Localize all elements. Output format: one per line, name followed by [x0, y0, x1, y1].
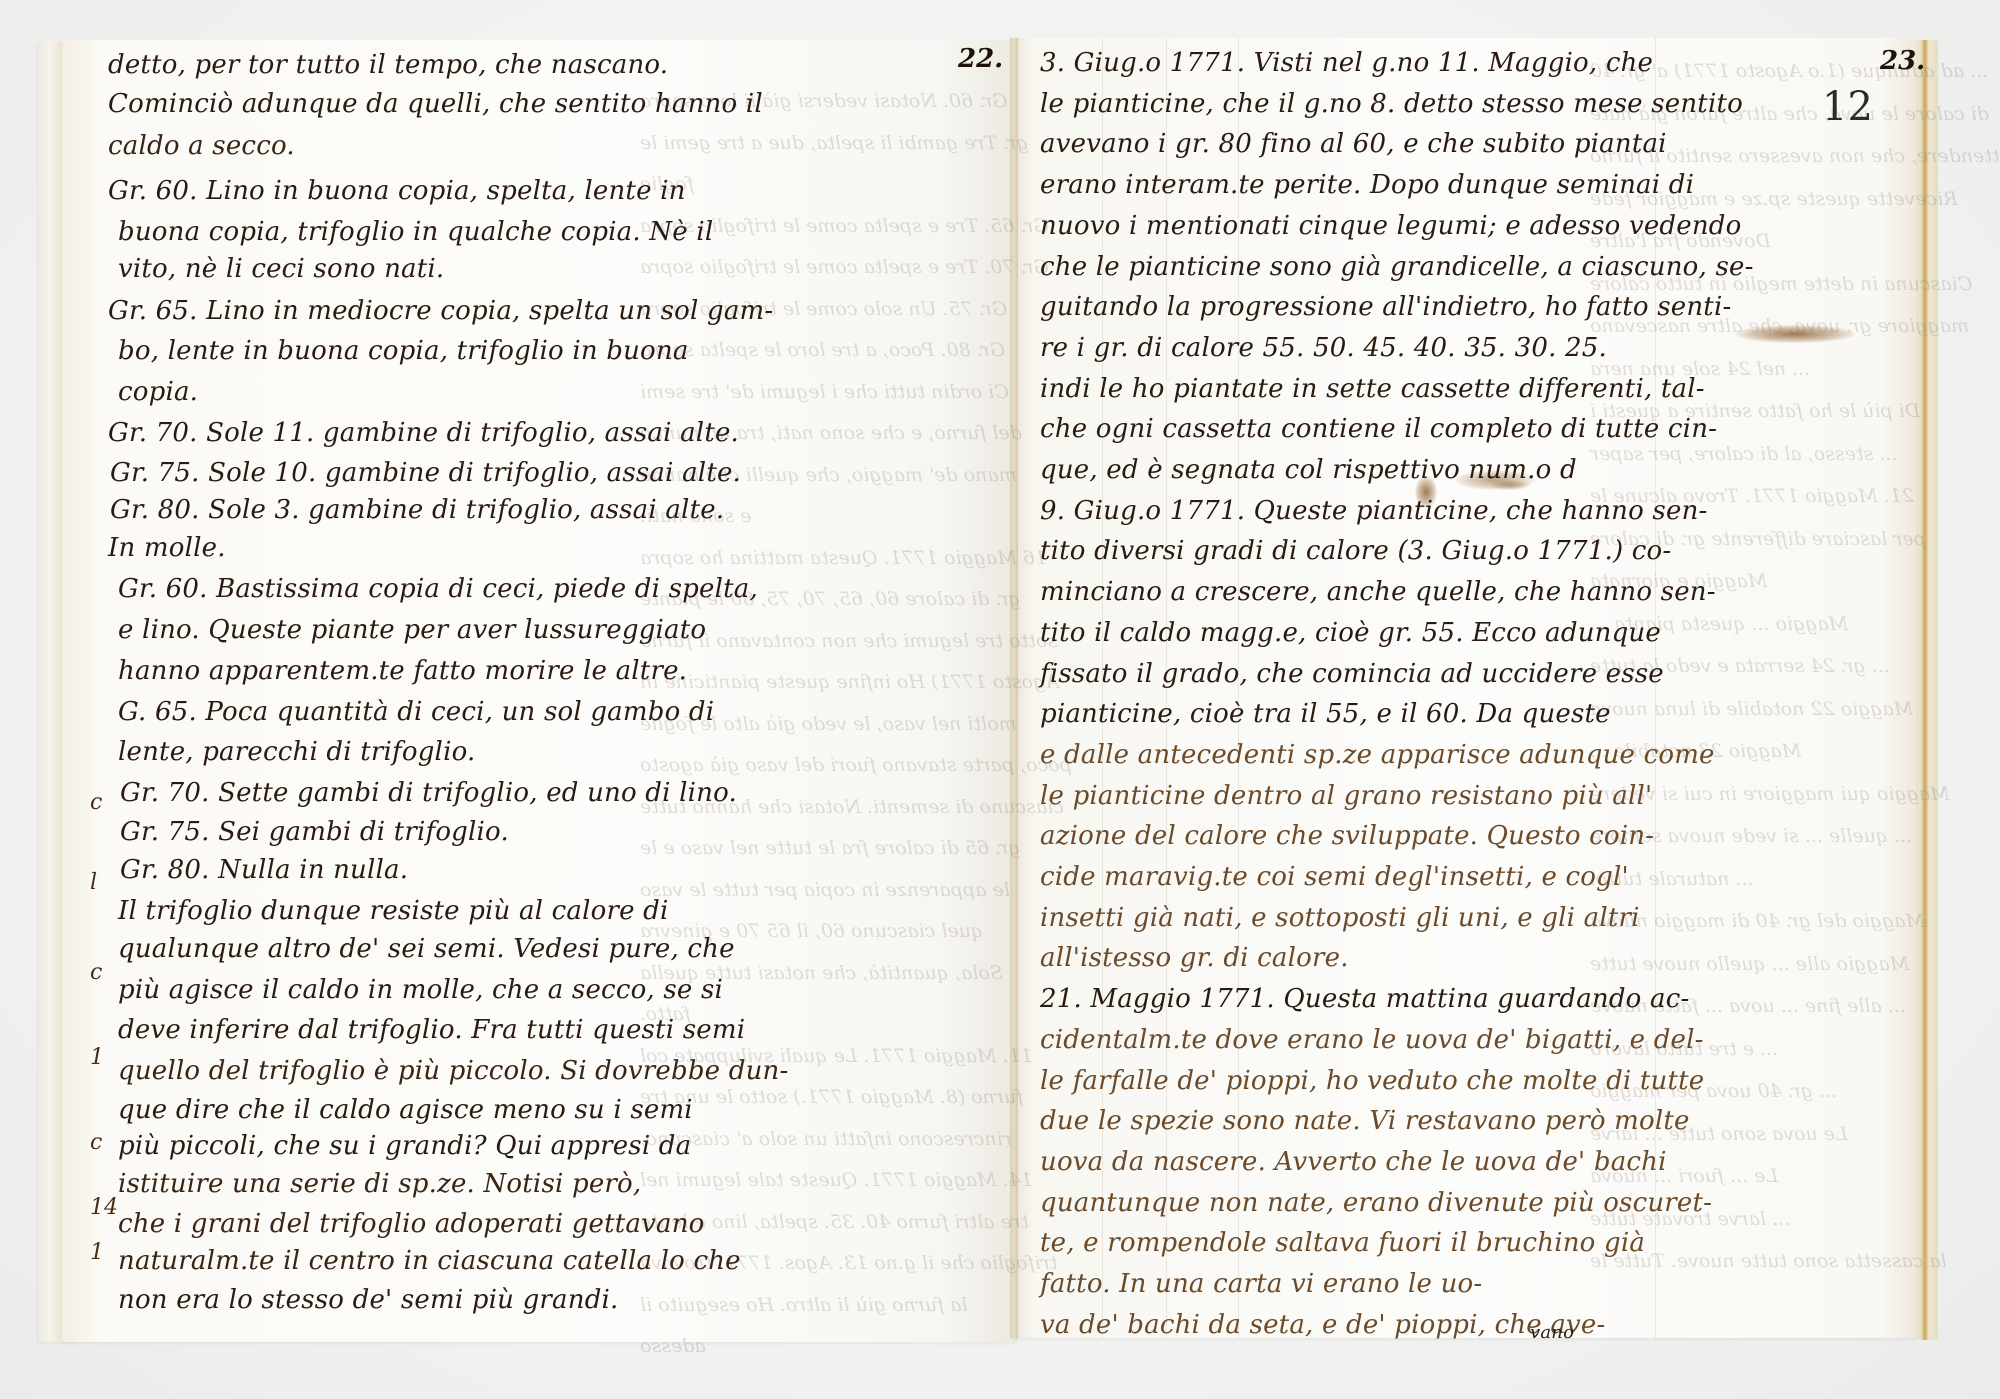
manuscript-line: azione del calore che sviluppate. Questo… — [1040, 821, 1654, 851]
manuscript-line-continuation: vano — [1530, 1322, 1574, 1343]
manuscript-line: indi le ho piantate in sette cassette di… — [1040, 374, 1705, 404]
manuscript-line: 3. Giug.o 1771. Visti nel g.no 11. Maggi… — [1040, 48, 1653, 78]
manuscript-line: te, e rompendole saltava fuori il bruchi… — [1040, 1228, 1645, 1258]
manuscript-line: due le spezie sono nate. Vi restavano pe… — [1040, 1106, 1690, 1136]
manuscript-line: pianticine, cioè tra il 55, e il 60. Da … — [1040, 699, 1611, 729]
bleed-through-line: Gr. 80. Poco, a tre loro le spelta sopra — [640, 339, 1005, 361]
manuscript-line: Gr. 60. Bastissima copia di ceci, piede … — [118, 574, 758, 604]
margin-mark: c — [90, 1130, 102, 1155]
bleed-through-line: furno (8. Maggio 1771.) sotto le una tre — [640, 1086, 1023, 1108]
manuscript-line: Gr. 65. Lino in mediocre copia, spelta u… — [108, 296, 773, 326]
manuscript-line: Gr. 70. Sole 11. gambine di trifoglio, a… — [108, 418, 739, 448]
bleed-through-line: Maggio 22 notabile di luna nuova — [1590, 698, 1913, 720]
manuscript-line: che le pianticine sono già grandicelle, … — [1040, 252, 1754, 282]
manuscript-line: 9. Giug.o 1771. Queste pianticine, che h… — [1040, 496, 1708, 526]
manuscript-line: lente, parecchi di trifoglio. — [118, 737, 475, 767]
margin-mark: c — [90, 790, 102, 815]
folio-number-right: 23. — [1880, 46, 1925, 76]
manuscript-line: insetti già nati, e sottoposti gli uni, … — [1040, 903, 1640, 933]
manuscript-line: vito, nè li ceci sono nati. — [118, 254, 444, 284]
manuscript-line: più piccoli, che su i grandi? Qui appres… — [118, 1131, 691, 1161]
manuscript-line: che i grani del trifoglio adoperati gett… — [118, 1209, 705, 1239]
manuscript-line: copia. — [118, 377, 198, 407]
manuscript-line: va de' bachi da seta, e de' pioppi, che … — [1040, 1310, 1606, 1340]
manuscript-line: detto, per tor tutto il tempo, che nasca… — [108, 50, 668, 80]
manuscript-line: e lino. Queste piante per aver lussuregg… — [118, 615, 706, 645]
manuscript-line: non era lo stesso de' semi più grandi. — [118, 1285, 619, 1315]
manuscript-line: Gr. 75. Sei gambi di trifoglio. — [120, 817, 509, 847]
bleed-through-line: ... stesso, al di calore, per saper — [1590, 443, 1898, 465]
manuscript-line: caldo a secco. — [108, 131, 295, 161]
bleed-through-line: Maggio alle ... quello nuove tutte — [1590, 953, 1909, 975]
folio-number-left: 22. — [958, 44, 1003, 74]
manuscript-line: Gr. 60. Lino in buona copia, spelta, len… — [108, 176, 686, 206]
manuscript-line: cide maravig.te coi semi degl'insetti, e… — [1040, 862, 1629, 892]
manuscript-line: Gr. 75. Sole 10. gambine di trifoglio, a… — [110, 458, 741, 488]
margin-mark: l — [90, 870, 97, 895]
manuscript-line: guitando la progressione all'indietro, h… — [1040, 292, 1731, 322]
bleed-through-line: poco, parte stavano fuori del vaso già a… — [640, 754, 1072, 776]
manuscript-line: re i gr. di calore 55. 50. 45. 40. 35. 3… — [1040, 333, 1607, 363]
margin-mark: 1 — [90, 1045, 104, 1070]
bleed-through-line: 14. Maggio 1771. Queste tale legumi nel — [640, 1169, 1033, 1191]
manuscript-line: Cominciò adunque da quelli, che sentito … — [108, 89, 763, 119]
ink-smudge — [1735, 325, 1855, 343]
manuscript-line: più agisce il caldo in molle, che a secc… — [118, 975, 723, 1005]
bleed-through-line: Maggio del gr. 40 di maggio nuova — [1590, 910, 1925, 932]
manuscript-line: G. 65. Poca quantità di ceci, un sol gam… — [118, 697, 714, 727]
manuscript-line: istituire una serie di sp.ze. Notisi per… — [118, 1169, 641, 1199]
manuscript-line: buona copia, trifoglio in qualche copia.… — [118, 217, 713, 247]
margin-mark: c — [90, 960, 102, 985]
bleed-through-line: rincrescono infatti un solo a' ciascuno. — [640, 1128, 1012, 1150]
stamped-page-number: 12 — [1822, 84, 1873, 130]
manuscript-line: 21. Maggio 1771. Questa mattina guardand… — [1040, 984, 1689, 1014]
manuscript-line: tito diversi gradi di calore (3. Giug.o … — [1040, 536, 1671, 566]
manuscript-line: bo, lente in buona copia, trifoglio in b… — [118, 336, 689, 366]
manuscript-line: avevano i gr. 80 fino al 60, e che subit… — [1040, 129, 1667, 159]
manuscript-line: minciano a crescere, anche quelle, che h… — [1040, 577, 1716, 607]
manuscript-line: fissato il grado, che comincia ad uccide… — [1040, 659, 1664, 689]
manuscript-line: quello del trifoglio è più piccolo. Si d… — [118, 1056, 788, 1086]
manuscript-line: In molle. — [108, 533, 226, 563]
bleed-through-line: Agosto 1771) Ho infine queste pianticine… — [640, 671, 1059, 693]
manuscript-line: naturalm.te il centro in ciascuna catell… — [118, 1246, 741, 1276]
bleed-through-line: le apparenze in copia per tutte le vaso — [640, 879, 1010, 901]
bleed-through-line: gr. Tre gambi li spelta, due a tre gemi … — [640, 132, 1028, 154]
manuscript-line: tito il caldo magg.e, cioè gr. 55. Ecco … — [1040, 618, 1661, 648]
bleed-through-line: gr. 65 di calore fra le tutte nel vaso e… — [640, 837, 1020, 859]
manuscript-line: Gr. 70. Sette gambi di trifoglio, ed uno… — [120, 778, 737, 808]
bleed-through-line: 16 Maggio 1771. Questa mattina ho sopra — [640, 547, 1047, 569]
manuscript-line: quantunque non nate, erano divenute più … — [1040, 1188, 1712, 1218]
bleed-through-line: Gr. 70. Tre e spelta come le trifoglio s… — [640, 256, 1049, 278]
manuscript-line: que, ed è segnata col rispettivo num.o d — [1040, 455, 1577, 485]
manuscript-line: cidentalm.te dove erano le uova de' biga… — [1040, 1025, 1704, 1055]
margin-mark: 1 — [90, 1240, 104, 1265]
manuscript-line: Il trifoglio dunque resiste più al calor… — [118, 896, 669, 926]
manuscript-line: Gr. 80. Sole 3. gambine di trifoglio, as… — [110, 495, 724, 525]
manuscript-line: que dire che il caldo agisce meno su i s… — [118, 1095, 693, 1125]
manuscript-line: erano interam.te perite. Dopo dunque sem… — [1040, 170, 1694, 200]
manuscript-line: all'istesso gr. di calore. — [1040, 943, 1349, 973]
manuscript-line: deve inferire dal trifoglio. Fra tutti q… — [118, 1015, 745, 1045]
manuscript-line: nuovo i mentionati cinque legumi; e ades… — [1040, 211, 1742, 241]
manuscript-line: e dalle antecedenti sp.ze apparisce adun… — [1040, 740, 1715, 770]
manuscript-line: uova da nascere. Avverto che le uova de'… — [1040, 1147, 1667, 1177]
manuscript-line: che ogni cassetta contiene il completo d… — [1040, 414, 1717, 444]
bleed-through-line: la furno giù li altro. Ho eseguito il — [640, 1294, 968, 1316]
bleed-through-line: adesso — [640, 1335, 706, 1357]
manuscript-line: Gr. 80. Nulla in nulla. — [120, 855, 408, 885]
manuscript-line: qualunque altro de' sei semi. Vedesi pur… — [118, 934, 735, 964]
manuscript-line: hanno apparentem.te fatto morire le altr… — [118, 656, 687, 686]
margin-mark: 14 — [90, 1195, 118, 1220]
manuscript-line: fatto. In una carta vi erano le uo- — [1040, 1269, 1482, 1299]
bleed-through-line: Ci ordin tutti che i legumi de' tre semi — [640, 381, 1009, 403]
manuscript-line: le farfalle de' pioppi, ho veduto che mo… — [1040, 1066, 1704, 1096]
manuscript-line: le pianticine dentro al grano resistano … — [1040, 781, 1652, 811]
manuscript-line: le pianticine, che il g.no 8. detto stes… — [1040, 89, 1743, 119]
